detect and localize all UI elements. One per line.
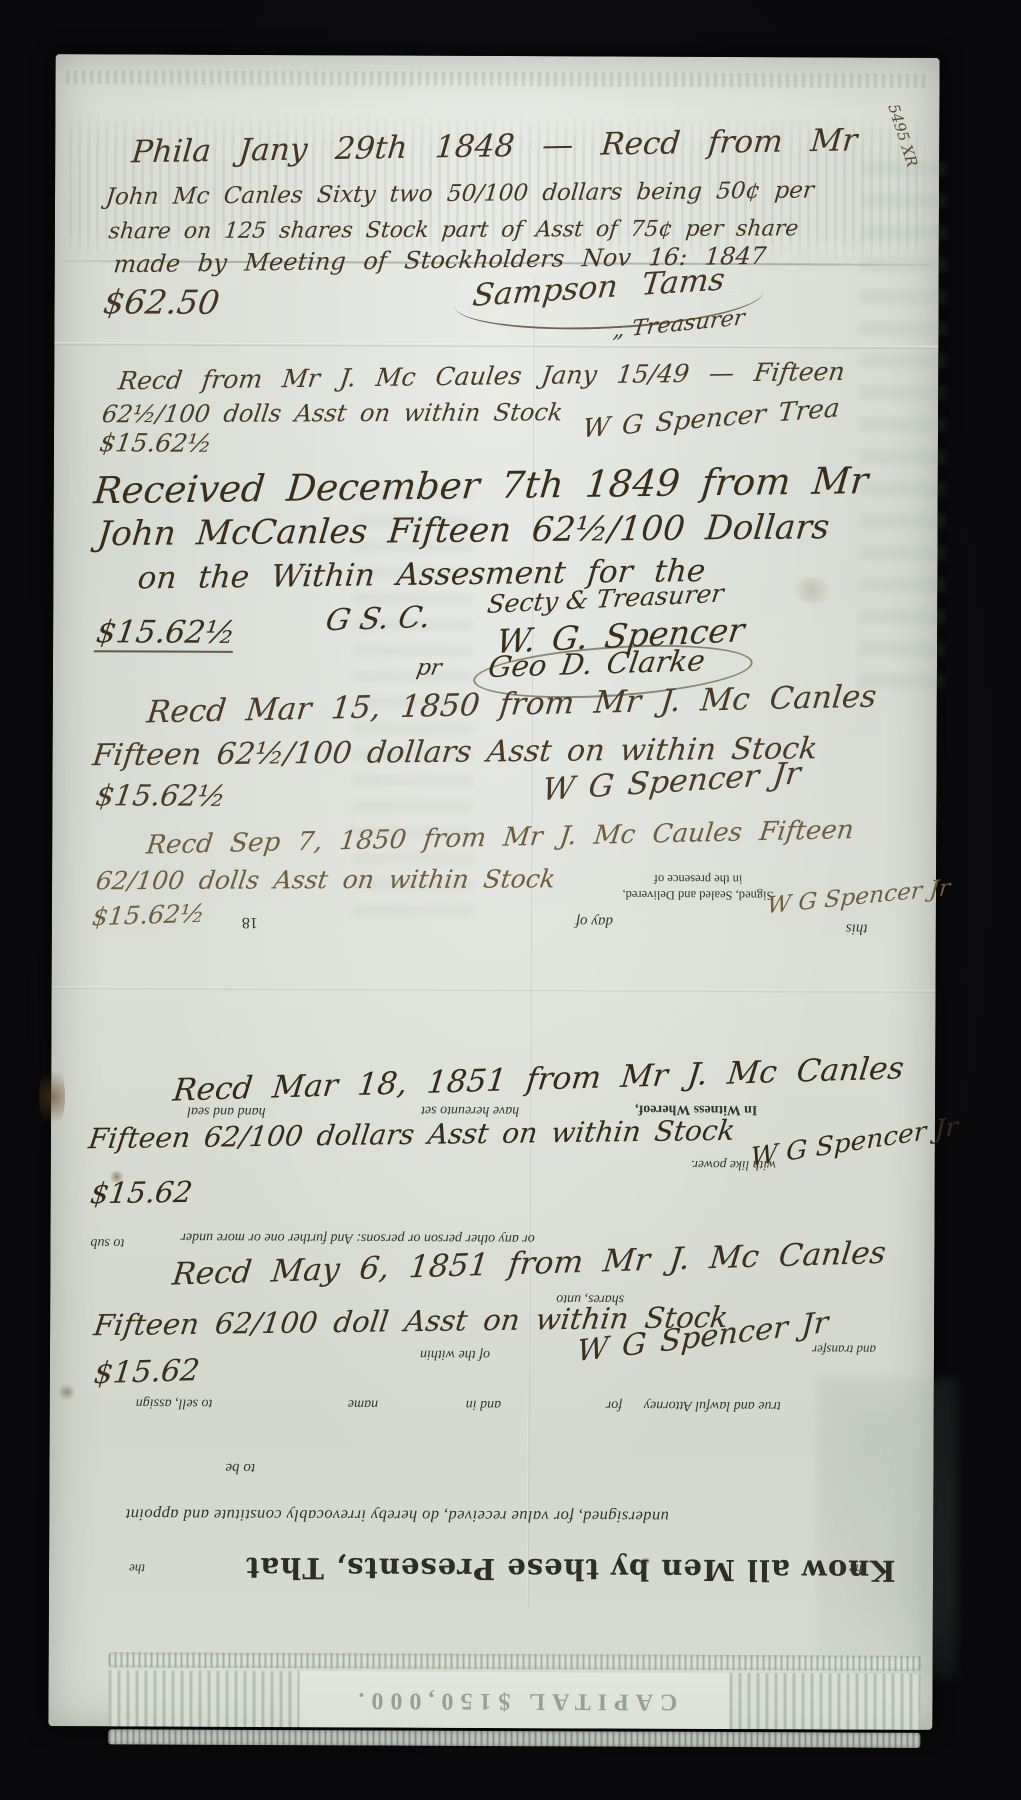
receipt-5-amount: $15.62½ xyxy=(91,899,206,931)
receipt-2-line: 62½/100 dolls Asst on within Stock xyxy=(100,398,564,428)
border-band-side-pattern xyxy=(108,1670,299,1727)
show-through-bottom-right xyxy=(817,1377,958,1678)
show-through-right-column xyxy=(859,148,947,688)
receipt-3-amount: $15.62½ xyxy=(94,614,238,653)
printed-and-transfer: and transfer xyxy=(812,1341,876,1357)
receipt-6-line: Recd Mar 18, 1851 from Mr J. Mc Canles xyxy=(171,1050,905,1108)
printed-witness-line1: Signed, Sealed and Delivered, xyxy=(622,888,773,903)
printed-to-be: to be xyxy=(225,1459,255,1476)
printed-for: for xyxy=(606,1396,622,1412)
receipt-5-signature: W G Spencer Jr xyxy=(766,875,951,919)
border-band-bottom-strip xyxy=(108,1729,920,1748)
printed-this: this xyxy=(846,920,868,937)
receipt-2-signature: W G Spencer Trea xyxy=(581,393,841,444)
printed-witness-line2: in the presence of xyxy=(654,872,743,886)
border-band-top-strip xyxy=(109,1652,921,1671)
engraved-border-band: CAPITAL $150,000. xyxy=(108,1652,920,1748)
printed-have-hereunto-set: have hereunto set xyxy=(421,1102,519,1118)
receipt-3-per: pr xyxy=(415,656,444,681)
receipt-2-line: Recd from Mr J. Mc Caules Jany 15/49 — F… xyxy=(117,357,847,395)
printed-the-left: the xyxy=(129,1560,145,1576)
paper-stain xyxy=(789,577,835,603)
receipt-3-line: Received December 7th 1849 from Mr xyxy=(92,459,870,512)
border-band-center: CAPITAL $150,000. xyxy=(299,1671,729,1729)
ink-stain xyxy=(58,1384,76,1400)
receipt-6-signature: W G Spencer Jr xyxy=(750,1112,958,1173)
receipt-5-line: 62/100 dolls Asst on within Stock xyxy=(94,864,557,895)
fold-crease-1 xyxy=(54,342,938,349)
printed-to-sub: to sub xyxy=(90,1234,124,1250)
printed-witness-clause: Signed, Sealed and Delivered, in the pre… xyxy=(608,870,788,903)
printed-constitute-clause: undersigned, for value received, do here… xyxy=(125,1504,669,1526)
border-band-middle: CAPITAL $150,000. xyxy=(108,1670,920,1730)
engraved-top-edge xyxy=(66,70,930,88)
receipt-6-line: Fifteen 62/100 dollars Asst on within St… xyxy=(87,1114,737,1155)
receipt-5-line: Recd Sep 7, 1850 from Mr J. Mc Caules Fi… xyxy=(145,815,856,860)
printed-of-the-within: of the within xyxy=(420,1346,490,1362)
printed-name: name xyxy=(348,1395,378,1411)
receipt-4-amount: $15.62½ xyxy=(94,778,229,813)
receipt-3-company-initials: G S. C. xyxy=(323,600,434,638)
capital-text: CAPITAL $150,000. xyxy=(351,1686,677,1714)
printed-persons-clause: or any other person or persons: And furt… xyxy=(180,1229,534,1247)
receipt-2-amount: $15.62½ xyxy=(98,428,214,457)
receipt-6-amount: $15.62 xyxy=(88,1175,194,1210)
receipt-1-amount: $62.50 xyxy=(101,282,222,321)
receipt-4-line: Recd Mar 15, 1850 from Mr J. Mc Canles xyxy=(145,679,878,731)
printed-day-number: 18 xyxy=(242,913,258,931)
receipt-1-line: share on 125 shares Stock part of Asst o… xyxy=(107,216,799,244)
printed-know-all-men: Know all Men by these Presents, That xyxy=(245,1551,896,1588)
photo-backdrop: 5495 XR Phila Jany 29th 1848 — Recd from… xyxy=(0,0,1021,1800)
border-band-side-pattern xyxy=(729,1673,920,1730)
receipt-3-line: John McCanles Fifteen 62½/100 Dollars xyxy=(96,507,831,554)
printed-to-sell-assign: to sell, assign xyxy=(136,1394,213,1410)
printed-and-in: and in xyxy=(466,1396,501,1412)
printed-hand-and-seal: hand and seal xyxy=(187,1103,266,1119)
printed-true-lawful-attorney: true and lawful Attorney xyxy=(644,1397,781,1414)
printed-day-of: day of xyxy=(576,912,613,929)
fold-crease-2 xyxy=(52,986,936,993)
ink-stain xyxy=(39,1062,65,1132)
document-paper: 5495 XR Phila Jany 29th 1848 — Recd from… xyxy=(48,54,939,1730)
receipt-7-amount: $15.62 xyxy=(92,1353,201,1391)
